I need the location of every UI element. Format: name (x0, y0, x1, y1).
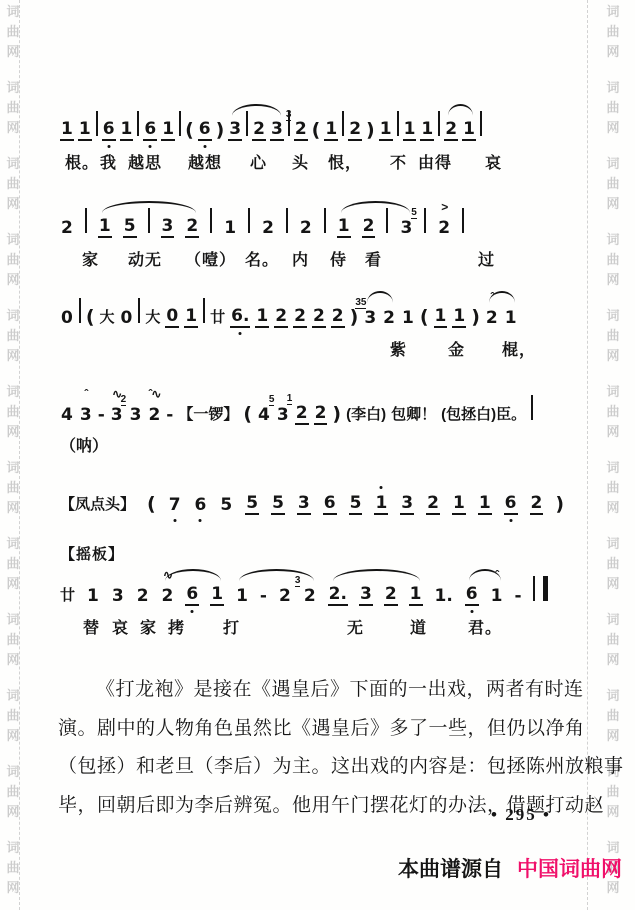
note: 2 (252, 120, 266, 141)
lyric: 我 (100, 150, 117, 173)
grace-note: 3 (286, 110, 292, 121)
watermark-char: 词 (6, 382, 19, 402)
barline (342, 111, 344, 141)
watermark-char: 网 (6, 650, 19, 670)
watermark-char: 曲 (606, 478, 619, 498)
barline (137, 111, 139, 141)
note: 1 (452, 494, 466, 515)
watermark-char: 曲 (6, 782, 19, 802)
note: 2 (274, 307, 288, 328)
music-system: 0(大0大01廿6.12222)33521(11)2ˆ1紫金棍， (60, 287, 595, 361)
note: 3 (111, 586, 125, 606)
lyric: 内 (292, 247, 309, 270)
footer-source-text: 本曲谱源自 (398, 858, 503, 881)
barline (480, 111, 482, 141)
note: 3 (359, 585, 373, 606)
note: 1 (379, 120, 393, 141)
lyric: 道 (410, 615, 427, 638)
watermark-char: 词 (6, 78, 19, 98)
watermark-char: 网 (6, 878, 19, 898)
music-system: 116161(6)32323(12)11121根。我越思越想心头恨，不由得哀 (60, 100, 595, 174)
watermark-char: 曲 (6, 250, 19, 270)
paren: ) (350, 307, 359, 328)
lyrics-row: 紫金棍， (60, 337, 595, 361)
note: 2 (312, 307, 326, 328)
text-token: 廿 (60, 586, 75, 606)
note: 2> (437, 218, 451, 238)
paren: ) (216, 120, 225, 141)
tie-slur-arc (333, 569, 420, 581)
lyric: 动无 (128, 247, 162, 270)
note: 1 (60, 120, 74, 141)
note: 2. (328, 585, 348, 606)
note: 1 (462, 120, 476, 141)
dash-note: - (166, 405, 173, 425)
music-system: 【凤点头】(765553651321162) (60, 474, 595, 515)
note: 6 (465, 585, 479, 606)
note: 6 (185, 585, 199, 606)
note: 335 (363, 308, 377, 328)
grace-note: 2 (121, 395, 127, 406)
watermark-char: 曲 (606, 326, 619, 346)
lyric: 由得 (418, 150, 452, 173)
watermark-char: 词 (606, 78, 619, 98)
note: 6. (230, 307, 250, 328)
note: 2 (362, 217, 376, 238)
note: 5 (219, 495, 233, 515)
tie-slur-arc (367, 291, 394, 303)
watermark-char: 网 (6, 574, 19, 594)
watermark-char: 网 (606, 422, 619, 442)
tie-slur-arc (448, 104, 474, 116)
note: 0 (165, 307, 179, 328)
tempo-label: 【摇板】 (60, 543, 595, 565)
notes-row: 2153212212352> (60, 197, 595, 238)
watermark-char: 网 (6, 726, 19, 746)
text-token: 【凤点头】 (60, 495, 135, 515)
watermark-char: 曲 (6, 478, 19, 498)
music-system: 【摇板】廿1322∿611-2232.3211.61ˆ-替哀家拷打无道君。 (60, 543, 595, 639)
tie-slur-arc (232, 104, 282, 116)
ornament-mark: ˆ (84, 389, 87, 399)
note: 5 (245, 494, 259, 515)
note: 1 (161, 120, 175, 141)
watermark-char: 网 (606, 726, 619, 746)
note: 2 (348, 120, 362, 141)
note: 2 (530, 494, 544, 515)
grace-note: 35 (355, 298, 366, 309)
tie-slur-arc (102, 201, 197, 213)
lyrics-row: 根。我越思越想心头恨，不由得哀 (60, 150, 595, 174)
paren: ) (366, 120, 375, 141)
watermark-char: 曲 (606, 554, 619, 574)
note: 2 (185, 217, 199, 238)
note: 21 (295, 404, 309, 425)
barline (248, 208, 250, 238)
note: 2 (261, 218, 275, 238)
barline (438, 111, 440, 141)
text-token: (李白) (346, 405, 386, 425)
watermark-char: 曲 (606, 782, 619, 802)
page-number: • 295 • (491, 805, 551, 825)
watermark-char: 网 (6, 802, 19, 822)
note: 1 (255, 307, 269, 328)
watermark-char: 网 (606, 574, 619, 594)
note: 3 (161, 217, 175, 238)
dash-note: - (98, 405, 105, 425)
barline (324, 208, 326, 238)
watermark-char: 网 (6, 118, 19, 138)
watermark-char: 网 (6, 422, 19, 442)
watermark-char: 网 (606, 346, 619, 366)
note: 2 (136, 586, 150, 606)
tie-slur-arc (165, 569, 222, 581)
lyric: 紫 (390, 337, 407, 360)
paragraph-line: 《打龙袍》是接在《遇皇后》下面的一出戏，两者有时连 (58, 671, 580, 710)
watermark-char: 曲 (6, 554, 19, 574)
note: 1 (235, 586, 249, 606)
watermark-char: 曲 (6, 22, 19, 42)
watermark-char: 词 (6, 838, 19, 858)
note: 1 (403, 120, 417, 141)
footer-source: 本曲谱源自中国词曲网 (398, 853, 622, 883)
note: 3ˆ (79, 405, 93, 425)
watermark-char: 曲 (6, 858, 19, 878)
lyric: 拷 (168, 615, 185, 638)
note: 7 (168, 495, 182, 515)
note: 0 (120, 308, 134, 328)
note: 1 (401, 308, 415, 328)
barline (79, 298, 81, 328)
note: 1 (478, 494, 492, 515)
note: 1 (337, 217, 351, 238)
ornament-mark: > (441, 202, 447, 212)
note: 35 (399, 218, 413, 238)
watermark-char: 词 (6, 534, 19, 554)
lyric: 看 (365, 247, 382, 270)
barline (424, 208, 426, 238)
paren: ( (147, 494, 156, 515)
lyric: 打 (223, 615, 240, 638)
notes-row: 廿1322∿611-2232.3211.61ˆ- (60, 565, 595, 606)
text-token: 包卿！ (391, 405, 436, 425)
ornament-mark: ˆ∿ (148, 389, 160, 399)
note: 2 (382, 308, 396, 328)
watermark-char: 曲 (6, 706, 19, 726)
paren: ( (86, 307, 95, 328)
watermark-char: 词 (606, 610, 619, 630)
lyric: 心 (250, 150, 267, 173)
note: 5 (349, 494, 363, 515)
watermark-char: 词 (6, 2, 19, 22)
note: 2 (314, 404, 328, 425)
text-token: 大 (100, 308, 115, 328)
lyrics-row: 替哀家拷打无道君。 (60, 615, 595, 639)
note: 2 (299, 218, 313, 238)
watermark-char: 词 (6, 762, 19, 782)
note: 3 (276, 405, 290, 425)
barline (210, 208, 212, 238)
watermark-char: 曲 (606, 250, 619, 270)
watermark-char: 网 (606, 194, 619, 214)
watermark-char: 曲 (6, 402, 19, 422)
watermark-char: 网 (6, 270, 19, 290)
lyric: 金 (448, 337, 465, 360)
notes-row: 116161(6)32323(12)11121 (60, 100, 595, 141)
note: 4 (60, 405, 74, 425)
watermark-char: 网 (6, 498, 19, 518)
note: 1 (434, 307, 448, 328)
watermark-char: 网 (606, 650, 619, 670)
watermark-char: 词 (606, 154, 619, 174)
lyric: 恨， (328, 150, 362, 173)
paren: ( (243, 404, 252, 425)
watermark-char: 曲 (6, 174, 19, 194)
watermark-char: 词 (606, 458, 619, 478)
watermark-char: 词 (6, 610, 19, 630)
note: 2 (444, 120, 458, 141)
watermark-char: 网 (6, 42, 19, 62)
lyric: 越思 (128, 150, 162, 173)
lyric: （噎） (185, 247, 236, 270)
lyric: 无 (347, 615, 364, 638)
tie-slur-arc (341, 201, 411, 213)
lyric: 家 (82, 247, 99, 270)
paren: ( (312, 120, 321, 141)
paren: ) (555, 494, 564, 515)
note: 2∿ (161, 586, 175, 606)
note: 1. (434, 586, 454, 606)
note: 6 (198, 120, 212, 141)
watermark-char: 词 (606, 382, 619, 402)
note: 6 (143, 120, 157, 141)
note: 2 (384, 585, 398, 606)
note: 1 (210, 585, 224, 606)
watermark-char: 网 (606, 270, 619, 290)
paren: ( (185, 120, 194, 141)
grace-note: 1 (287, 394, 293, 405)
note: 1ˆ (490, 586, 504, 606)
grace-note: 5 (411, 208, 417, 219)
note: 3∿ (110, 405, 124, 425)
lyric: 侍 (330, 247, 347, 270)
music-system: 43ˆ-3∿322ˆ∿-【一锣】(453212)(李白)包卿！(包拯白)臣。（呐… (60, 384, 595, 456)
note: 32 (129, 405, 143, 425)
note: 3 (228, 120, 242, 141)
barline (203, 298, 205, 328)
watermark-char: 词 (606, 2, 619, 22)
dash-note: - (514, 586, 521, 606)
lyric: 不 (390, 150, 407, 173)
note: 2 (293, 307, 307, 328)
notes-row: 43ˆ-3∿322ˆ∿-【一锣】(453212)(李白)包卿！(包拯白)臣。 (60, 384, 595, 425)
note: 1 (223, 218, 237, 238)
note: 1 (324, 120, 338, 141)
watermark-char: 曲 (606, 706, 619, 726)
watermark-char: 网 (606, 498, 619, 518)
note: 2 (278, 586, 292, 606)
lyric: 哀 (485, 150, 502, 173)
text-token: (包拯白)臣。 (441, 405, 526, 425)
paragraph-line: 演。剧中的人物角色虽然比《遇皇后》多了一些，但仍以净角 (58, 710, 580, 749)
note: 23 (294, 120, 308, 141)
note: 1 (504, 308, 518, 328)
lyric: 名。 (245, 247, 279, 270)
note: 6 (194, 495, 208, 515)
text-token: 大 (145, 308, 160, 328)
watermark-char: 词 (6, 458, 19, 478)
note: 1 (374, 494, 388, 515)
watermark-char: 网 (606, 802, 619, 822)
dash-note: - (260, 586, 267, 606)
note: 5 (271, 494, 285, 515)
barline (397, 111, 399, 141)
note: 3 (297, 494, 311, 515)
text-token: 廿 (210, 308, 225, 328)
watermark-left: 词曲网词曲网词曲网词曲网词曲网词曲网词曲网词曲网词曲网词曲网词曲网词曲网 (0, 2, 26, 910)
note: 2 (331, 307, 345, 328)
tie-slur-arc (239, 569, 315, 581)
description-paragraph: 《打龙袍》是接在《遇皇后》下面的一出戏，两者有时连 演。剧中的人物角色虽然比《遇… (58, 671, 580, 825)
note: 45 (257, 405, 271, 425)
watermark-char: 词 (6, 306, 19, 326)
note: 1 (409, 585, 423, 606)
grace-note: 5 (269, 395, 275, 406)
note: 5 (123, 217, 137, 238)
paren: ) (332, 404, 341, 425)
watermark-char: 曲 (6, 326, 19, 346)
lyric: 替 (83, 615, 100, 638)
watermark-char: 网 (6, 194, 19, 214)
watermark-char: 曲 (6, 630, 19, 650)
note: 2 (60, 218, 74, 238)
lyrics-row: 家动无（噎）名。内侍看过 (60, 247, 595, 271)
watermark-char: 词 (606, 686, 619, 706)
watermark-char: 曲 (606, 402, 619, 422)
note: 3 (400, 494, 414, 515)
lyric: 哀 (112, 615, 129, 638)
note: 1 (98, 217, 112, 238)
paragraph-line: （包拯）和老旦（李后）为主。这出戏的内容是：包拯陈州放粮事 (58, 748, 580, 787)
watermark-char: 曲 (606, 630, 619, 650)
barline (85, 208, 87, 238)
barline (179, 111, 181, 141)
sub-lyric: （呐） (60, 433, 595, 456)
note: 1 (78, 120, 92, 141)
watermark-char: 曲 (606, 22, 619, 42)
note: 1 (452, 307, 466, 328)
barline (138, 298, 140, 328)
paren: ) (471, 307, 480, 328)
watermark-char: 网 (606, 42, 619, 62)
note: 2 (426, 494, 440, 515)
watermark-char: 词 (606, 534, 619, 554)
notes-row: 【凤点头】(765553651321162) (60, 474, 595, 515)
barline (96, 111, 98, 141)
note: 23 (303, 586, 317, 606)
text-token: 【一锣】 (178, 405, 238, 425)
watermark-char: 曲 (606, 98, 619, 118)
watermark-char: 词 (606, 306, 619, 326)
note: 1 (184, 307, 198, 328)
watermark-char: 网 (6, 346, 19, 366)
lyric: 君。 (468, 615, 502, 638)
watermark-char: 网 (606, 118, 619, 138)
watermark-char: 词 (606, 230, 619, 250)
notes-row: 0(大0大01廿6.12222)33521(11)2ˆ1 (60, 287, 595, 328)
note: 1 (120, 120, 134, 141)
final-barline (533, 576, 548, 606)
note: 2ˆ (485, 308, 499, 328)
note: 6 (323, 494, 337, 515)
watermark-char: 词 (6, 230, 19, 250)
paren: ( (420, 307, 429, 328)
note: 1 (86, 586, 100, 606)
lyric: 根。 (65, 150, 99, 173)
note: 3 (270, 120, 284, 141)
lyric: 家 (140, 615, 157, 638)
music-system: 2153212212352>家动无（噎）名。内侍看过 (60, 197, 595, 271)
watermark-char: 曲 (606, 174, 619, 194)
watermark-char: 词 (6, 154, 19, 174)
note: 2ˆ∿ (147, 405, 161, 425)
note: 6 (504, 494, 518, 515)
lyric: 过 (478, 247, 495, 270)
watermark-char: 曲 (6, 98, 19, 118)
watermark-char: 词 (6, 686, 19, 706)
barline (531, 395, 533, 425)
barline (286, 208, 288, 238)
lyric: 棍， (502, 337, 536, 360)
note: 6 (102, 120, 116, 141)
lyric: 头 (292, 150, 309, 173)
footer-brand-link[interactable]: 中国词曲网 (517, 858, 622, 881)
note: 1 (420, 120, 434, 141)
note: 0 (60, 308, 74, 328)
lyric: 越想 (188, 150, 222, 173)
barline (462, 208, 464, 238)
